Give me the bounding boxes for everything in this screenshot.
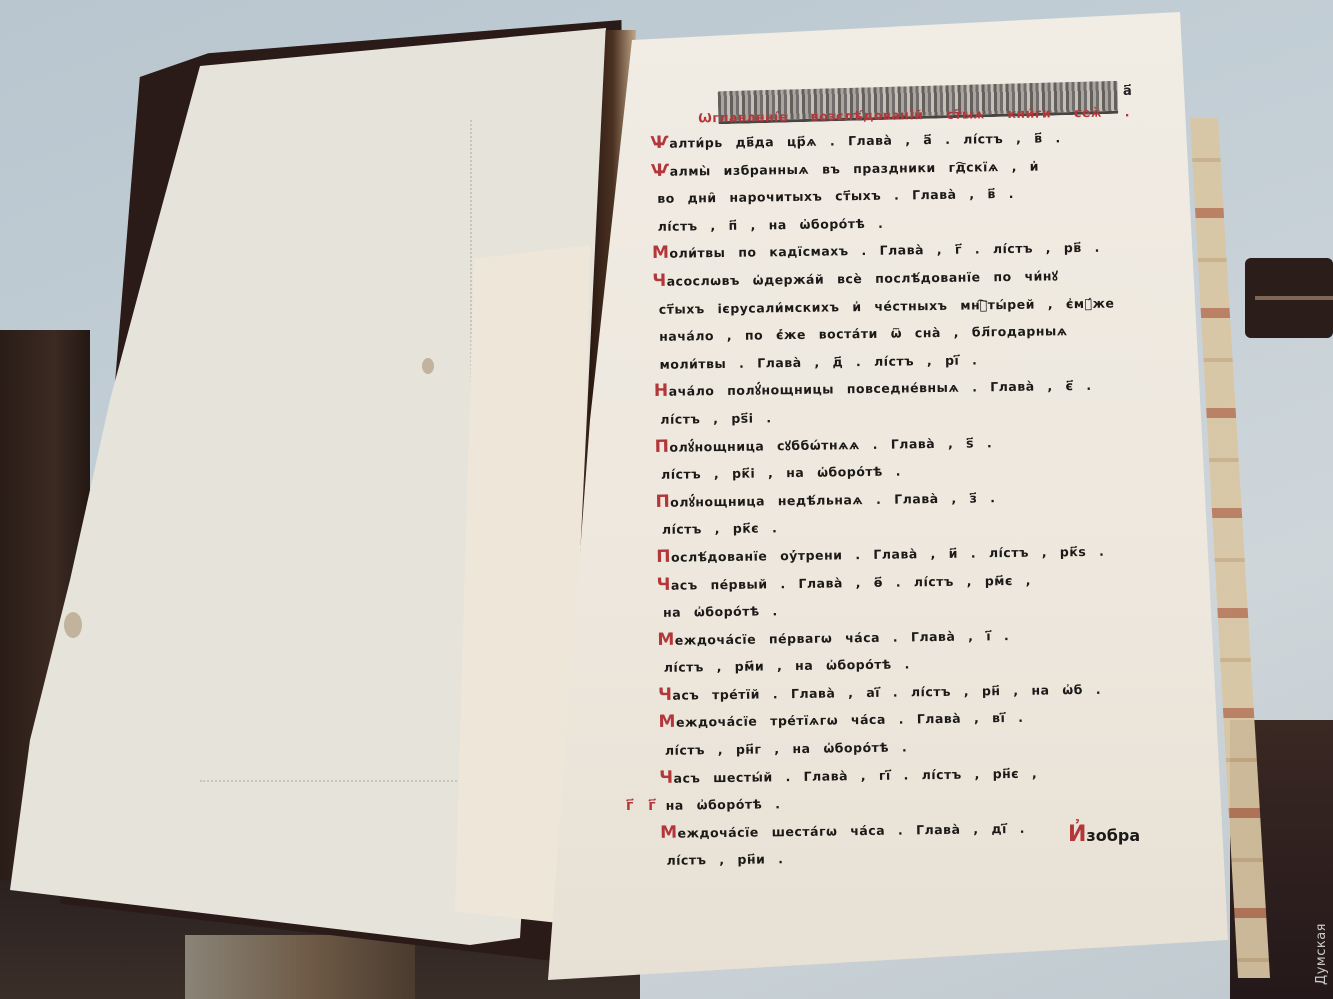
wooden-stand bbox=[185, 935, 415, 999]
red-initial: Ч bbox=[658, 685, 673, 705]
red-initial: И҆ bbox=[1068, 822, 1086, 847]
red-initial: М bbox=[660, 823, 678, 843]
table-of-contents: Ѡглавлені́е возслѣ́дованій ст҃ыѧ кни́ги … bbox=[650, 101, 1161, 875]
left-page-bleedthrough-frame bbox=[200, 120, 472, 782]
red-initial: Ѱ bbox=[651, 160, 670, 180]
folio-number: а҃ bbox=[1123, 84, 1132, 99]
red-initial: Ч bbox=[652, 271, 667, 291]
red-initial: П bbox=[656, 547, 671, 567]
red-initial: М bbox=[652, 243, 670, 263]
leather-strap bbox=[1245, 258, 1333, 338]
watermark: Думская bbox=[1314, 923, 1329, 985]
page-stain bbox=[422, 358, 434, 374]
red-initial: П bbox=[655, 491, 670, 511]
red-initial: М bbox=[657, 629, 675, 649]
red-initial: М bbox=[658, 712, 676, 732]
signature-marks: г҃ г҃ bbox=[626, 798, 656, 814]
red-initial: П bbox=[655, 436, 670, 456]
red-initial: Ѱ bbox=[650, 133, 669, 153]
catchword: И҆зобра bbox=[1068, 822, 1140, 847]
book-photo-scene: а҃ Ѡглавлені́е возслѣ́дованій ст҃ыѧ кни́… bbox=[0, 0, 1333, 999]
red-initial: Ч bbox=[659, 767, 674, 787]
page-stain bbox=[64, 612, 82, 638]
red-initial: Н bbox=[654, 381, 669, 401]
red-initial: Ч bbox=[657, 574, 672, 594]
